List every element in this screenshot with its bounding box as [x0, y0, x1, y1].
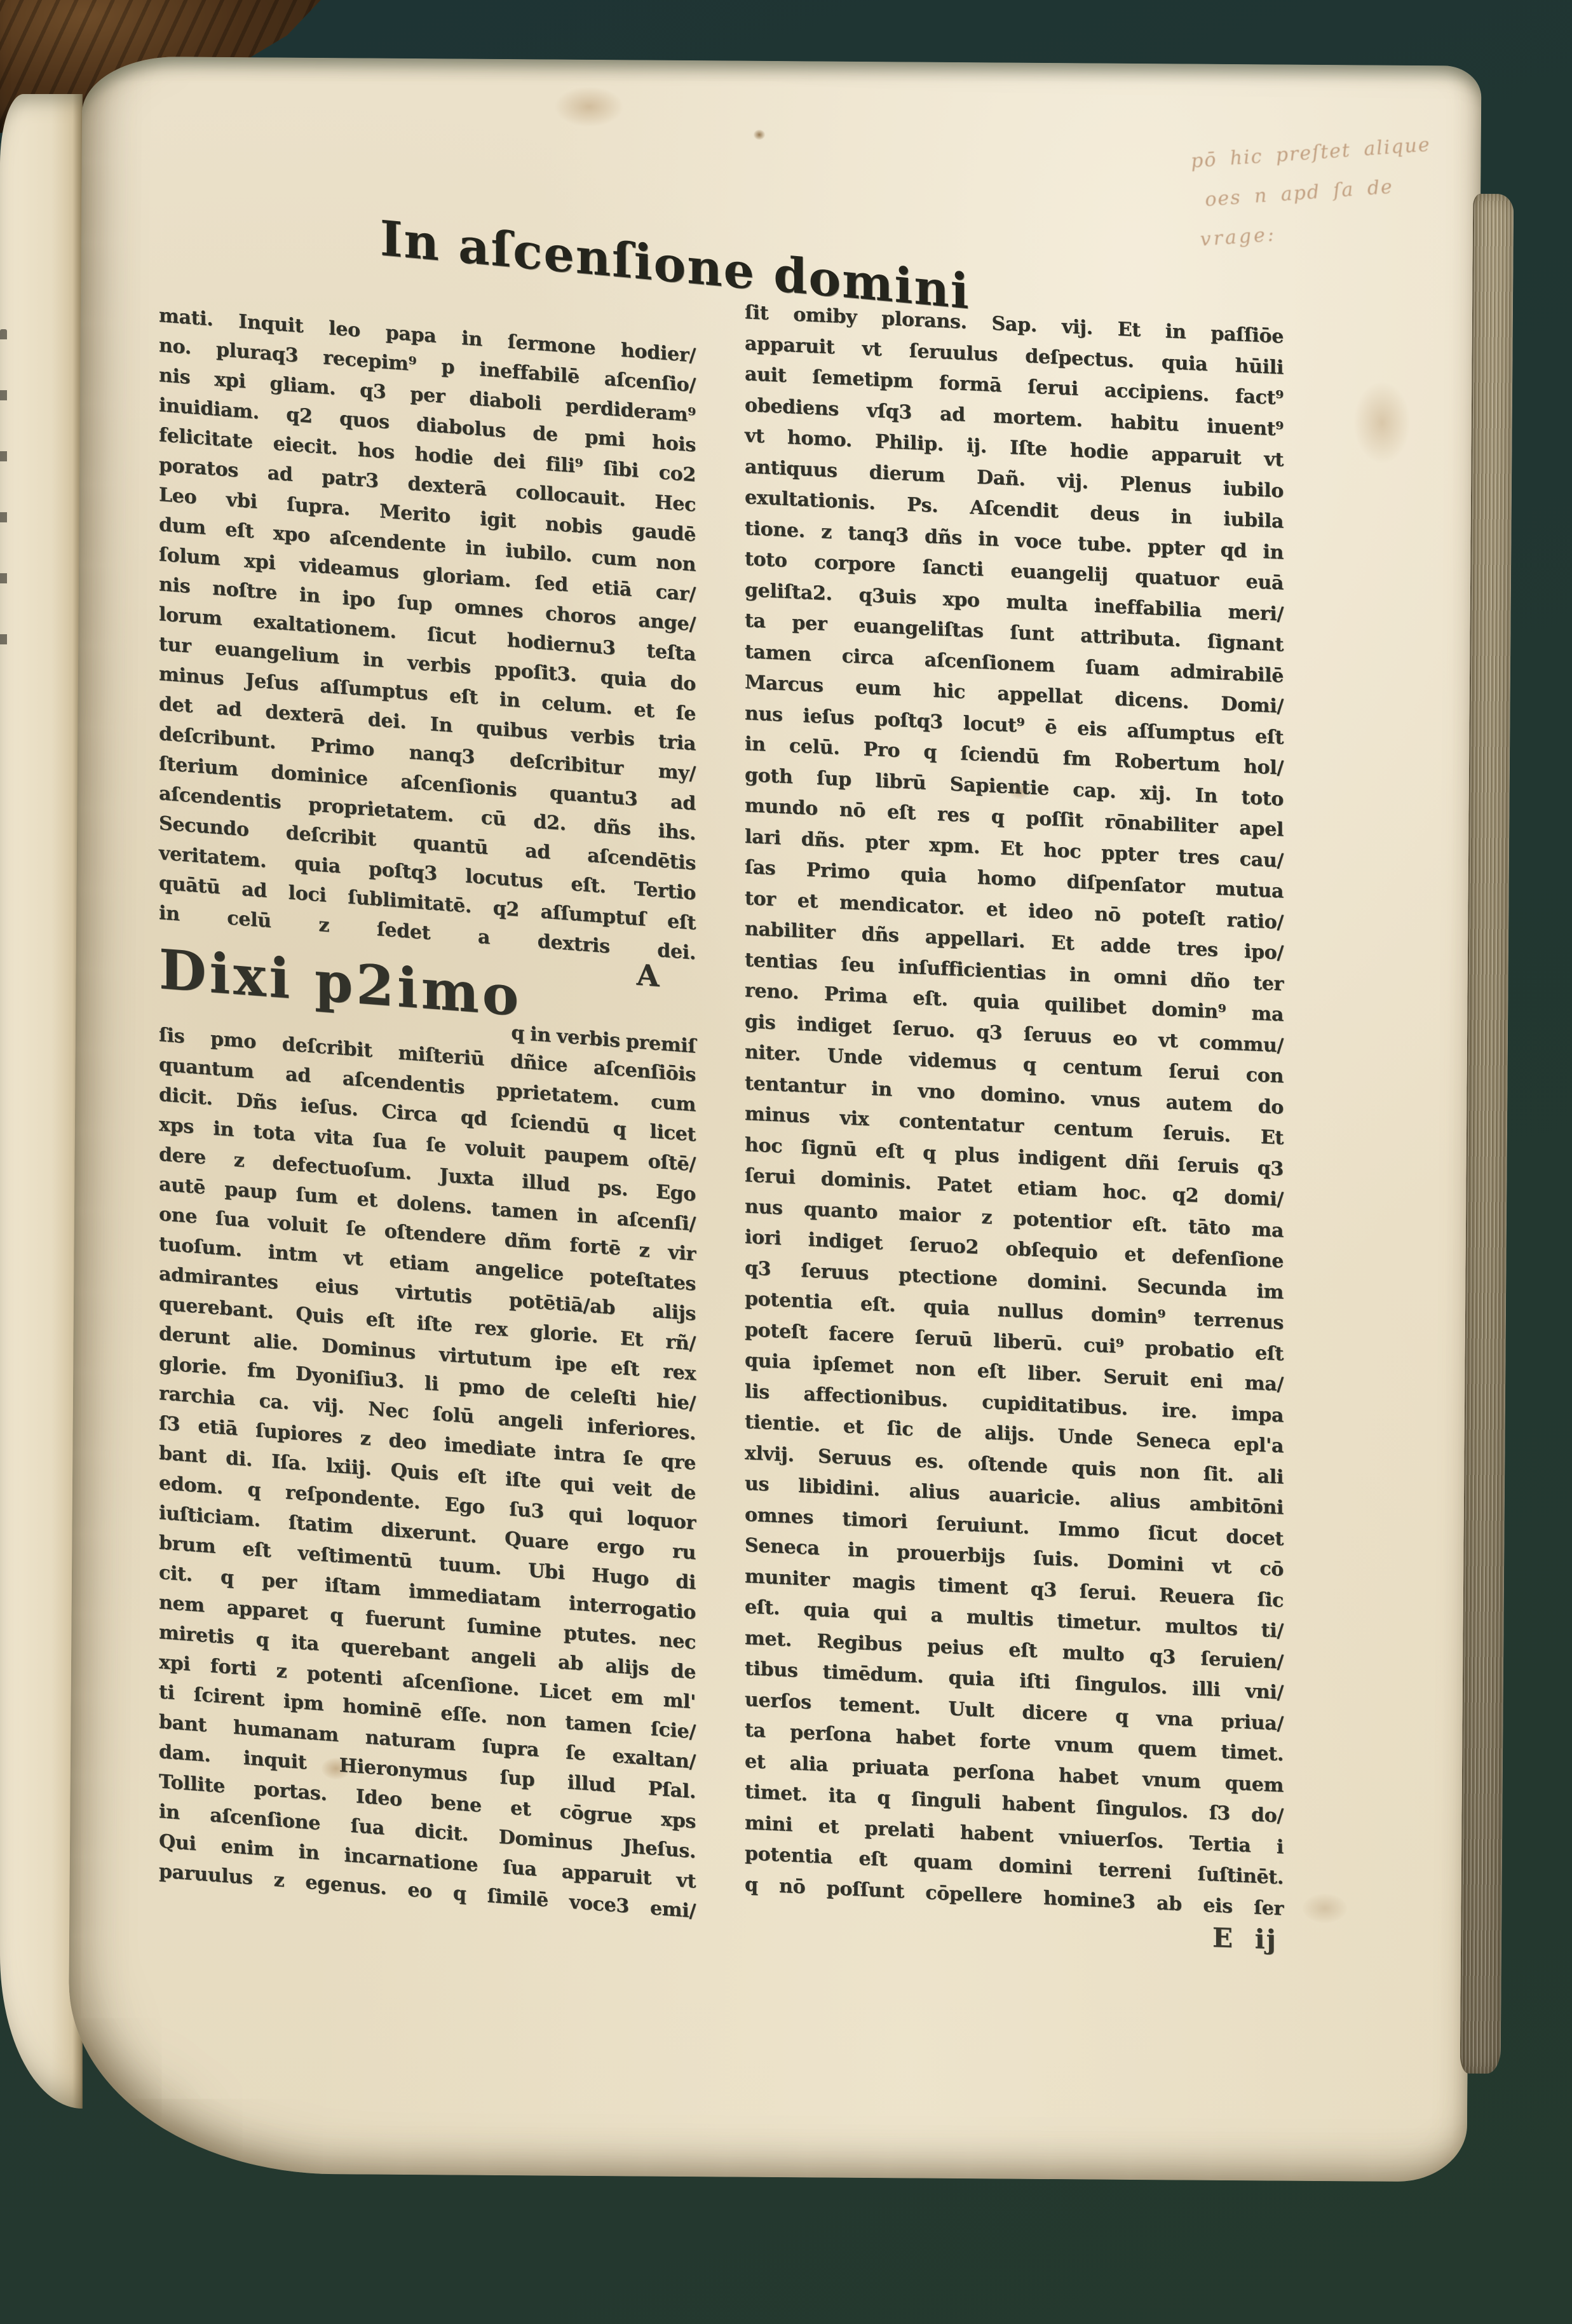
guide-letter: A — [637, 960, 659, 991]
quire-signature-mark: E ij — [1212, 1922, 1277, 1955]
right-column: ſit omiby plorans. Sap. vij. Et in paſſi… — [745, 297, 1284, 1925]
facing-page-print-marks — [0, 329, 7, 685]
section-heading-text: Dixi p2imo — [159, 937, 522, 1029]
left-column-lower: ſis pmo deſcribit miſteriū dñice aſcenſi… — [159, 1020, 696, 1927]
left-column: mati. Inquit leo papa in ſermone hodier/… — [159, 301, 696, 1927]
handwritten-annotation: pō hic preſtet aliqueoes n apd ſa devrag… — [1189, 123, 1477, 260]
left-column-upper: mati. Inquit leo papa in ſermone hodier/… — [159, 301, 696, 968]
